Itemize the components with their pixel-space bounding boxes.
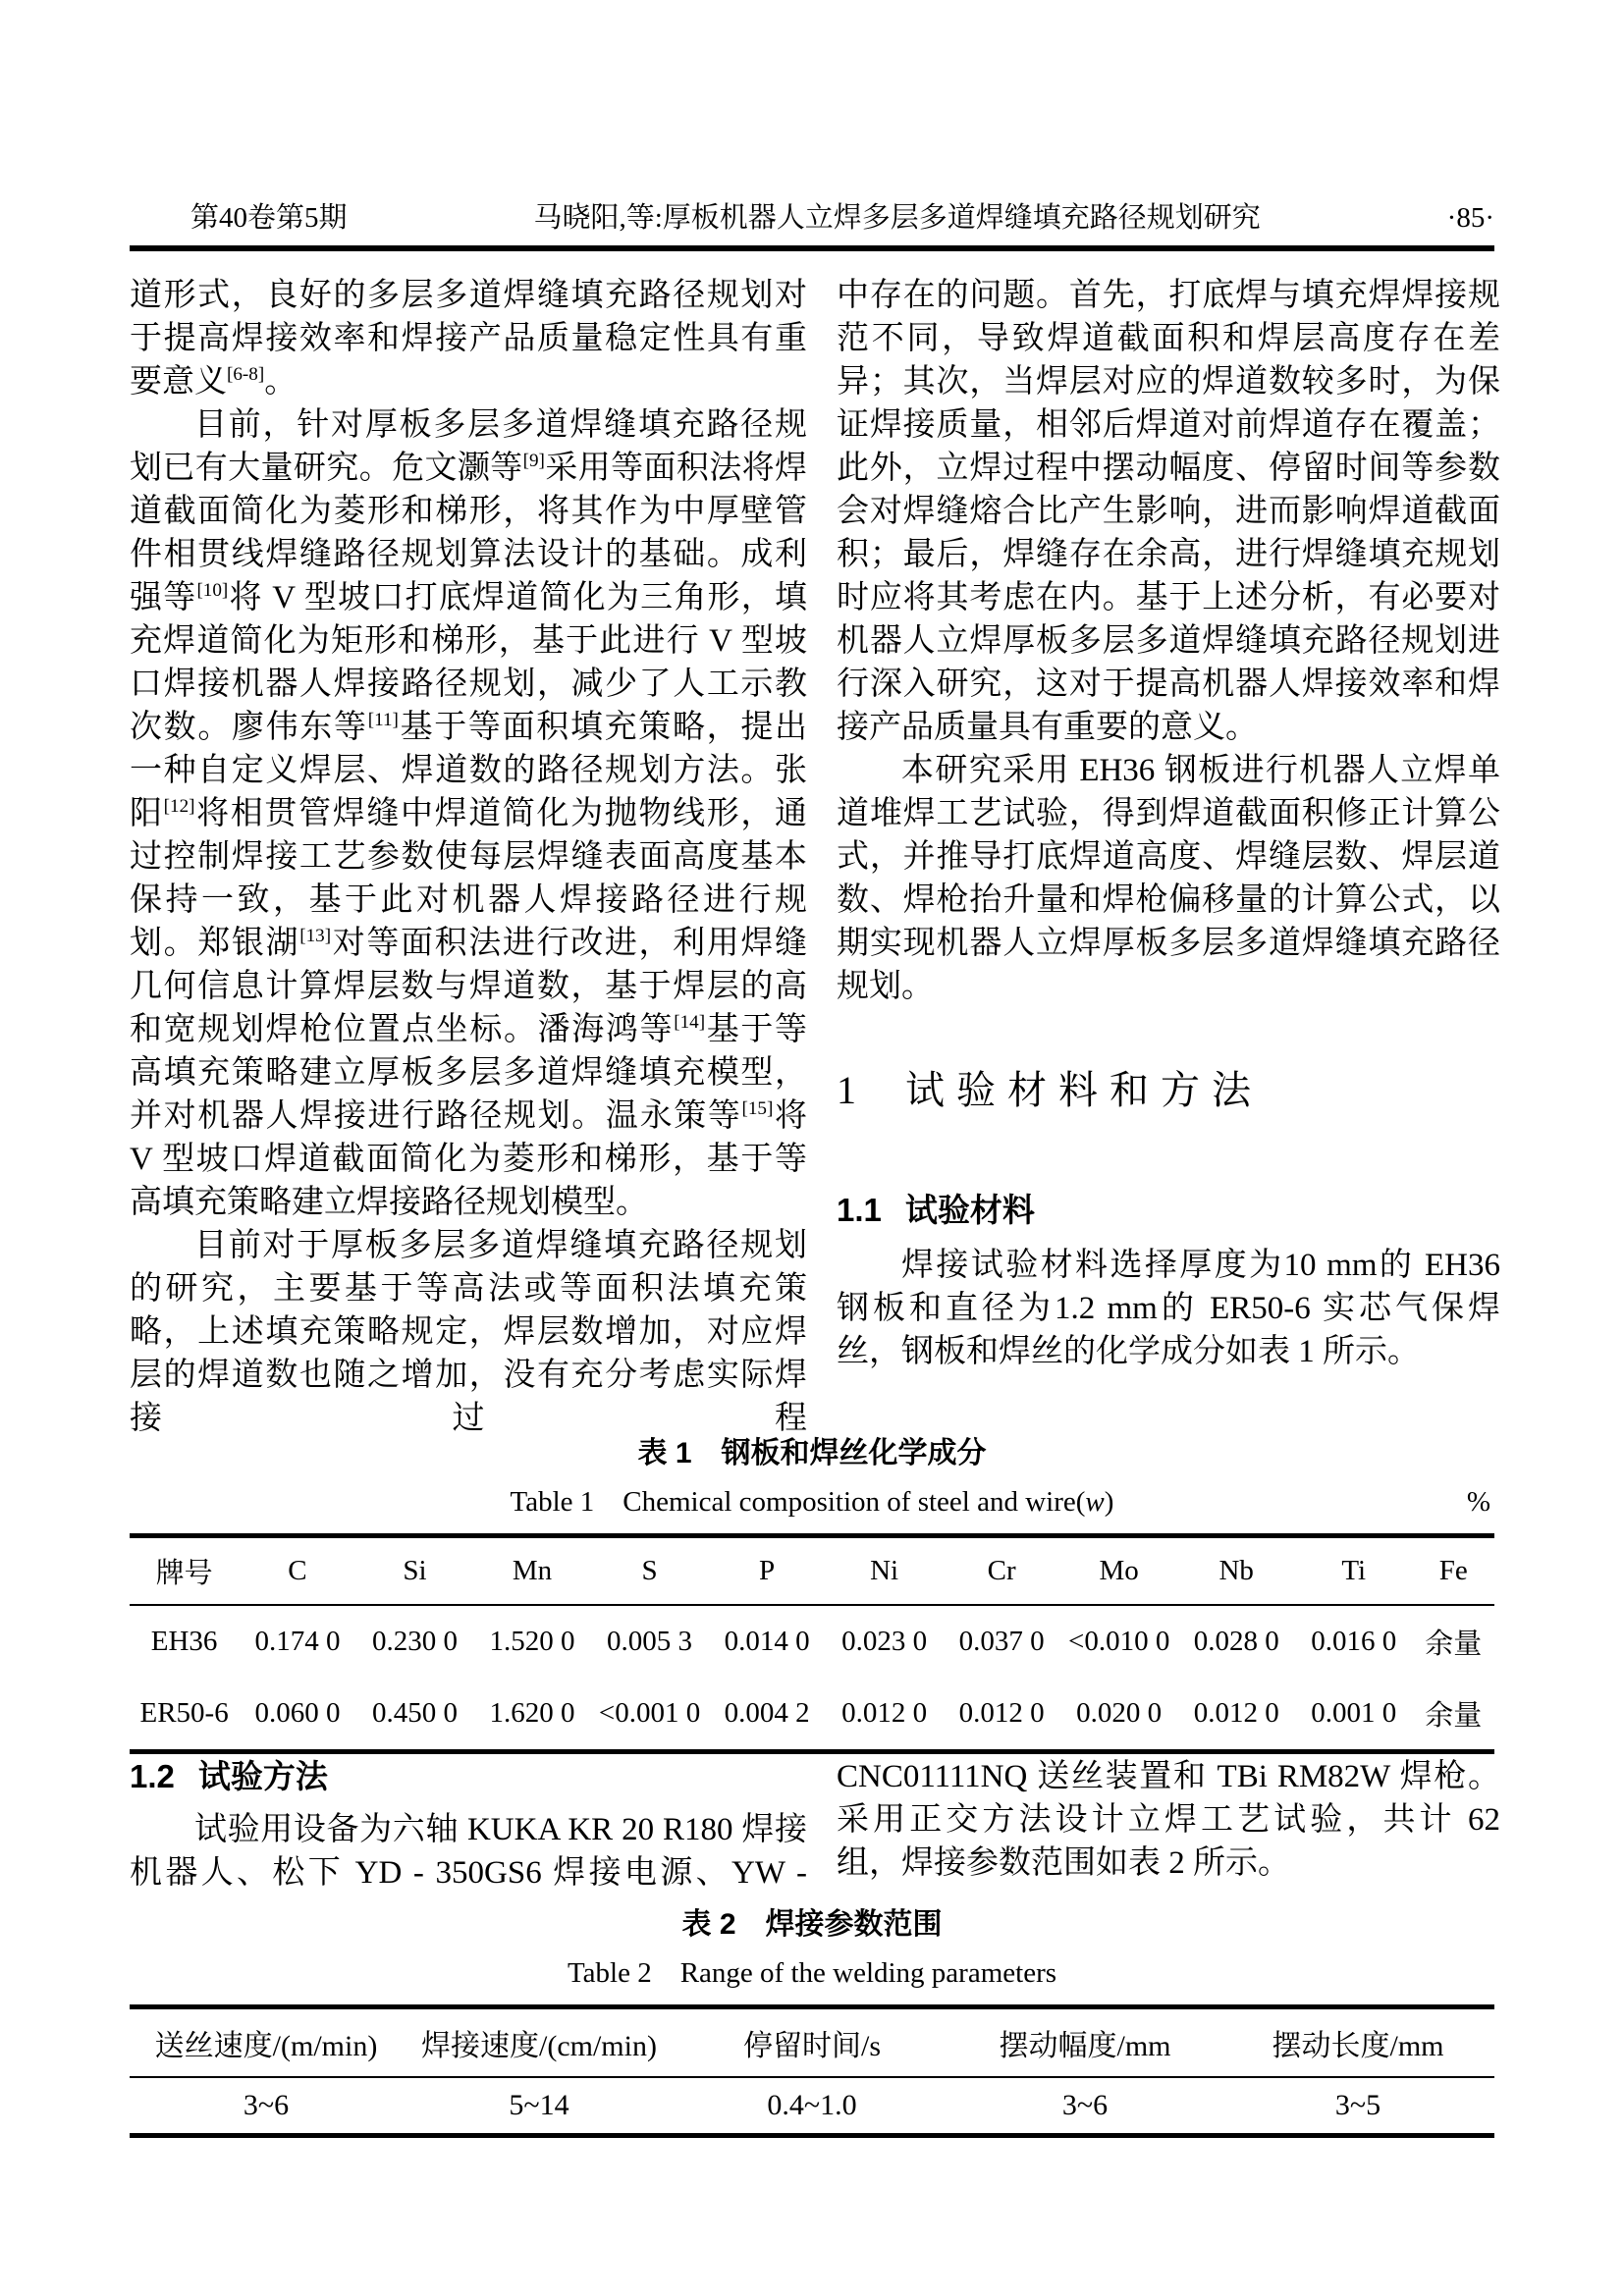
volume-issue: 第40卷第5期	[190, 200, 348, 236]
table-header-cell: P	[708, 1536, 826, 1606]
table-header-cell: Mo	[1060, 1536, 1178, 1606]
table-row: ER50-60.060 00.450 01.620 0<0.001 00.004…	[130, 1678, 1494, 1752]
table-header-row: 送丝速度/(m/min)焊接速度/(cm/min)停留时间/s摆动幅度/mm摆动…	[130, 2007, 1494, 2078]
table-cell: 0.004 2	[708, 1678, 826, 1752]
table-header-cell: 摆动幅度/mm	[948, 2007, 1221, 2078]
paragraph-continuation: 中存在的问题。首先，打底焊与填充焊焊接规范不同，导致焊道截面积和焊层高度存在差异…	[837, 274, 1500, 749]
citation-ref: [10]	[196, 580, 228, 601]
section-1-title: 试验材料和方法	[905, 1068, 1263, 1112]
citation-ref: [15]	[742, 1098, 774, 1119]
citation-ref: [12]	[164, 796, 195, 817]
table-cell: 3~5	[1221, 2077, 1494, 2136]
section-1-1-heading: 1.1试验材料	[837, 1189, 1500, 1232]
citation-ref: [11]	[368, 710, 399, 730]
table-1-caption-en-row: Table 1 Chemical composition of steel an…	[130, 1484, 1494, 1520]
table-2: 表 2 焊接参数范围 Table 2 Range of the welding …	[130, 1906, 1494, 2138]
table-1-grid: 牌号CSiMnSPNiCrMoNbTiFe EH360.174 00.230 0…	[130, 1533, 1494, 1754]
table-1: 表 1 钢板和焊丝化学成分 Table 1 Chemical compositi…	[130, 1435, 1494, 1754]
table-cell: 1.520 0	[473, 1605, 591, 1678]
table-cell: 余量	[1413, 1678, 1495, 1752]
section-1-1-title: 试验材料	[905, 1192, 1035, 1228]
paragraph: 目前对于厚板多层多道焊缝填充路径规划的研究，主要基于等高法或等面积法填充策略，上…	[130, 1224, 807, 1440]
citation-ref: [13]	[299, 926, 331, 946]
paragraph: 本研究采用 EH36 钢板进行机器人立焊单道堆焊工艺试验，得到焊道截面积修正计算…	[837, 749, 1500, 1008]
left-column-bottom: 1.2试验方法 试验用设备为六轴 KUKA KR 20 R180 焊接机器人、松…	[130, 1755, 807, 1895]
table-header-cell: Nb	[1177, 1536, 1295, 1606]
table-cell: 0.450 0	[356, 1678, 474, 1752]
table-2-caption-en: Table 2 Range of the welding parameters	[568, 1957, 1056, 1989]
table-header-cell: 牌号	[130, 1536, 239, 1606]
table-cell: 5~14	[403, 2077, 676, 2136]
table-cell: 0.4~1.0	[676, 2077, 948, 2136]
table-header-cell: Mn	[473, 1536, 591, 1606]
table-cell: 0.174 0	[239, 1605, 356, 1678]
table-cell: 0.005 3	[591, 1605, 709, 1678]
right-column: 中存在的问题。首先，打底焊与填充焊焊接规范不同，导致焊道截面积和焊层高度存在差异…	[837, 274, 1500, 1373]
table-header-cell: Ni	[826, 1536, 944, 1606]
table-1-unit: %	[1467, 1484, 1490, 1520]
table-header-cell: 送丝速度/(m/min)	[130, 2007, 403, 2078]
text-segment: w	[1085, 1486, 1104, 1518]
table-cell: EH36	[130, 1605, 239, 1678]
table-1-caption-en: Table 1 Chemical composition of steel an…	[511, 1486, 1114, 1518]
table-row: 3~65~140.4~1.03~63~5	[130, 2077, 1494, 2136]
table-1-caption-zh: 表 1 钢板和焊丝化学成分	[130, 1435, 1494, 1472]
table-cell: ER50-6	[130, 1678, 239, 1752]
paragraph: 目前，针对厚板多层多道焊缝填充路径规划已有大量研究。危文灏等[9]采用等面积法将…	[130, 403, 807, 1224]
paper-page: 第40卷第5期 马晓阳,等:厚板机器人立焊多层多道焊缝填充路径规划研究 ·85·…	[0, 0, 1624, 2296]
table-header-cell: 停留时间/s	[676, 2007, 948, 2078]
table-cell: 1.620 0	[473, 1678, 591, 1752]
table-header-cell: Ti	[1295, 1536, 1413, 1606]
table-cell: 3~6	[130, 2077, 403, 2136]
section-1-1-number: 1.1	[837, 1192, 882, 1228]
table-cell: <0.001 0	[591, 1678, 709, 1752]
table-cell: 0.028 0	[1177, 1605, 1295, 1678]
table-1-body: EH360.174 00.230 01.520 00.005 30.014 00…	[130, 1605, 1494, 1752]
section-1-2-title: 试验方法	[198, 1758, 328, 1794]
table-header-cell: 摆动长度/mm	[1221, 2007, 1494, 2078]
table-cell: 3~6	[948, 2077, 1221, 2136]
table-cell: 0.230 0	[356, 1605, 474, 1678]
table-header-cell: S	[591, 1536, 709, 1606]
table-header-cell: Si	[356, 1536, 474, 1606]
table-cell: 0.012 0	[943, 1678, 1060, 1752]
citation-ref: [6-8]	[227, 364, 264, 385]
table-row: EH360.174 00.230 01.520 00.005 30.014 00…	[130, 1605, 1494, 1678]
table-cell: 0.023 0	[826, 1605, 944, 1678]
running-title: 马晓阳,等:厚板机器人立焊多层多道焊缝填充路径规划研究	[348, 200, 1447, 236]
table-cell: 0.016 0	[1295, 1605, 1413, 1678]
table-2-grid: 送丝速度/(m/min)焊接速度/(cm/min)停留时间/s摆动幅度/mm摆动…	[130, 2004, 1494, 2138]
table-cell: 0.012 0	[1177, 1678, 1295, 1752]
paragraph-continuation: CNC01111NQ 送丝装置和 TBi RM82W 焊枪。采用正交方法设计立焊…	[837, 1755, 1500, 1885]
header-rule	[130, 245, 1494, 251]
table-cell: 余量	[1413, 1605, 1495, 1678]
table-header-cell: Fe	[1413, 1536, 1495, 1606]
table-header-row: 牌号CSiMnSPNiCrMoNbTiFe	[130, 1536, 1494, 1606]
page-number: ·85·	[1447, 200, 1494, 236]
table-2-caption-zh: 表 2 焊接参数范围	[130, 1906, 1494, 1944]
section-1-2-heading: 1.2试验方法	[130, 1755, 807, 1798]
section-1-number: 1	[837, 1068, 856, 1112]
running-head: 第40卷第5期 马晓阳,等:厚板机器人立焊多层多道焊缝填充路径规划研究 ·85·	[130, 200, 1494, 236]
table-cell: 0.037 0	[943, 1605, 1060, 1678]
table-2-body: 3~65~140.4~1.03~63~5	[130, 2077, 1494, 2136]
table-header-cell: C	[239, 1536, 356, 1606]
citation-ref: [14]	[674, 1012, 705, 1033]
table-header-cell: Cr	[943, 1536, 1060, 1606]
citation-ref: [9]	[523, 451, 545, 471]
table-cell: <0.010 0	[1060, 1605, 1178, 1678]
section-1-heading: 1试验材料和方法	[837, 1063, 1500, 1118]
table-cell: 0.014 0	[708, 1605, 826, 1678]
table-cell: 0.020 0	[1060, 1678, 1178, 1752]
section-1-2-number: 1.2	[130, 1758, 175, 1794]
right-column-bottom: CNC01111NQ 送丝装置和 TBi RM82W 焊枪。采用正交方法设计立焊…	[837, 1755, 1500, 1885]
table-cell: 0.012 0	[826, 1678, 944, 1752]
table-2-caption-en-row: Table 2 Range of the welding parameters	[130, 1955, 1494, 1991]
table-cell: 0.060 0	[239, 1678, 356, 1752]
paragraph: 焊接试验材料选择厚度为10 mm的 EH36 钢板和直径为1.2 mm的 ER5…	[837, 1244, 1500, 1373]
paragraph: 试验用设备为六轴 KUKA KR 20 R180 焊接机器人、松下 YD - 3…	[130, 1808, 807, 1895]
table-header-cell: 焊接速度/(cm/min)	[403, 2007, 676, 2078]
table-cell: 0.001 0	[1295, 1678, 1413, 1752]
left-column: 道形式，良好的多层多道焊缝填充路径规划对于提高焊接效率和焊接产品质量稳定性具有重…	[130, 274, 807, 1440]
paragraph-continuation: 道形式，良好的多层多道焊缝填充路径规划对于提高焊接效率和焊接产品质量稳定性具有重…	[130, 274, 807, 403]
